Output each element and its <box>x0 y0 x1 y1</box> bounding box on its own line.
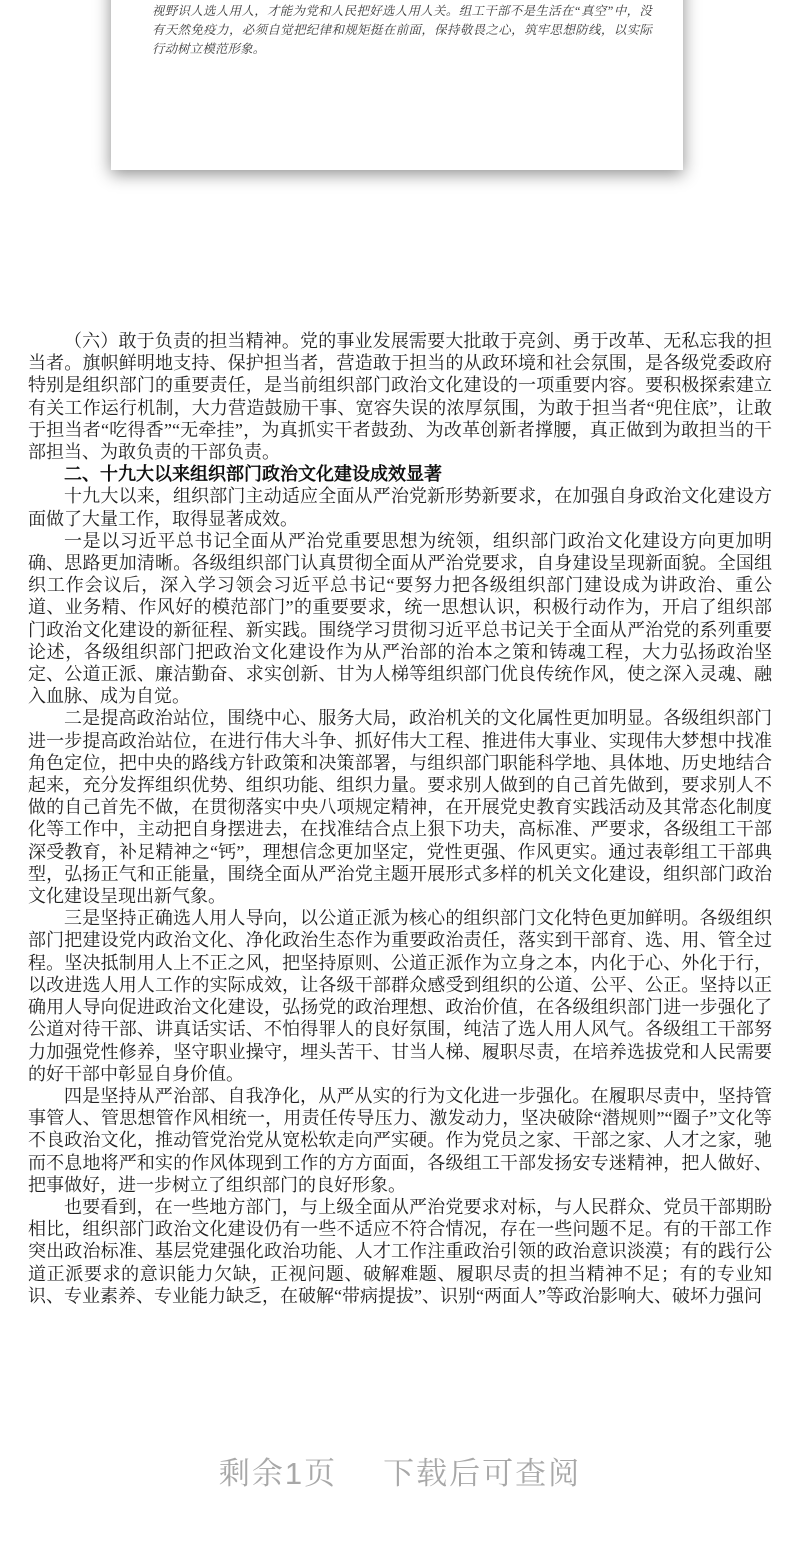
body-paragraph: （六）敢于负责的担当精神。党的事业发展需要大批敢于亮剑、勇于改革、无私忘我的担当… <box>28 330 772 463</box>
body-paragraph: 三是坚持正确选人用人导向，以公道正派为核心的组织部门文化特色更加鲜明。各级组织部… <box>28 907 772 1085</box>
document-body: （六）敢于负责的担当精神。党的事业发展需要大批敢于亮剑、勇于改革、无私忘我的担当… <box>28 330 772 1307</box>
download-hint-label: 下载后可查阅 <box>383 1456 581 1491</box>
page-preview-card: 视野识人选人用人，才能为党和人民把好选人用人关。组工干部不是生活在“真空”中，没… <box>111 0 683 170</box>
body-paragraph: 二是提高政治站位，围绕中心、服务大局，政治机关的文化属性更加明显。各级组织部门进… <box>28 707 772 907</box>
body-paragraph: 四是坚持从严治部、自我净化，从严从实的行为文化进一步强化。在履职尽责中，坚持管事… <box>28 1085 772 1196</box>
body-paragraph: 也要看到，在一些地方部门，与上级全面从严治党要求对标，与人民群众、党员干部期盼相… <box>28 1196 772 1307</box>
remaining-pages-notice: 剩余1页下载后可查阅 <box>0 1448 800 1493</box>
page-preview-text: 视野识人选人用人，才能为党和人民把好选人用人关。组工干部不是生活在“真空”中，没… <box>152 2 652 59</box>
section-heading: 二、十九大以来组织部门政治文化建设成效显著 <box>28 463 772 485</box>
body-paragraph: 十九大以来，组织部门主动适应全面从严治党新形势新要求，在加强自身政治文化建设方面… <box>28 485 772 529</box>
document-preview-page: 视野识人选人用人，才能为党和人民把好选人用人关。组工干部不是生活在“真空”中，没… <box>0 0 800 1549</box>
remaining-pages-label: 剩余1页 <box>219 1456 337 1491</box>
body-paragraph: 一是以习近平总书记全面从严治党重要思想为统领，组织部门政治文化建设方向更加明确、… <box>28 530 772 708</box>
